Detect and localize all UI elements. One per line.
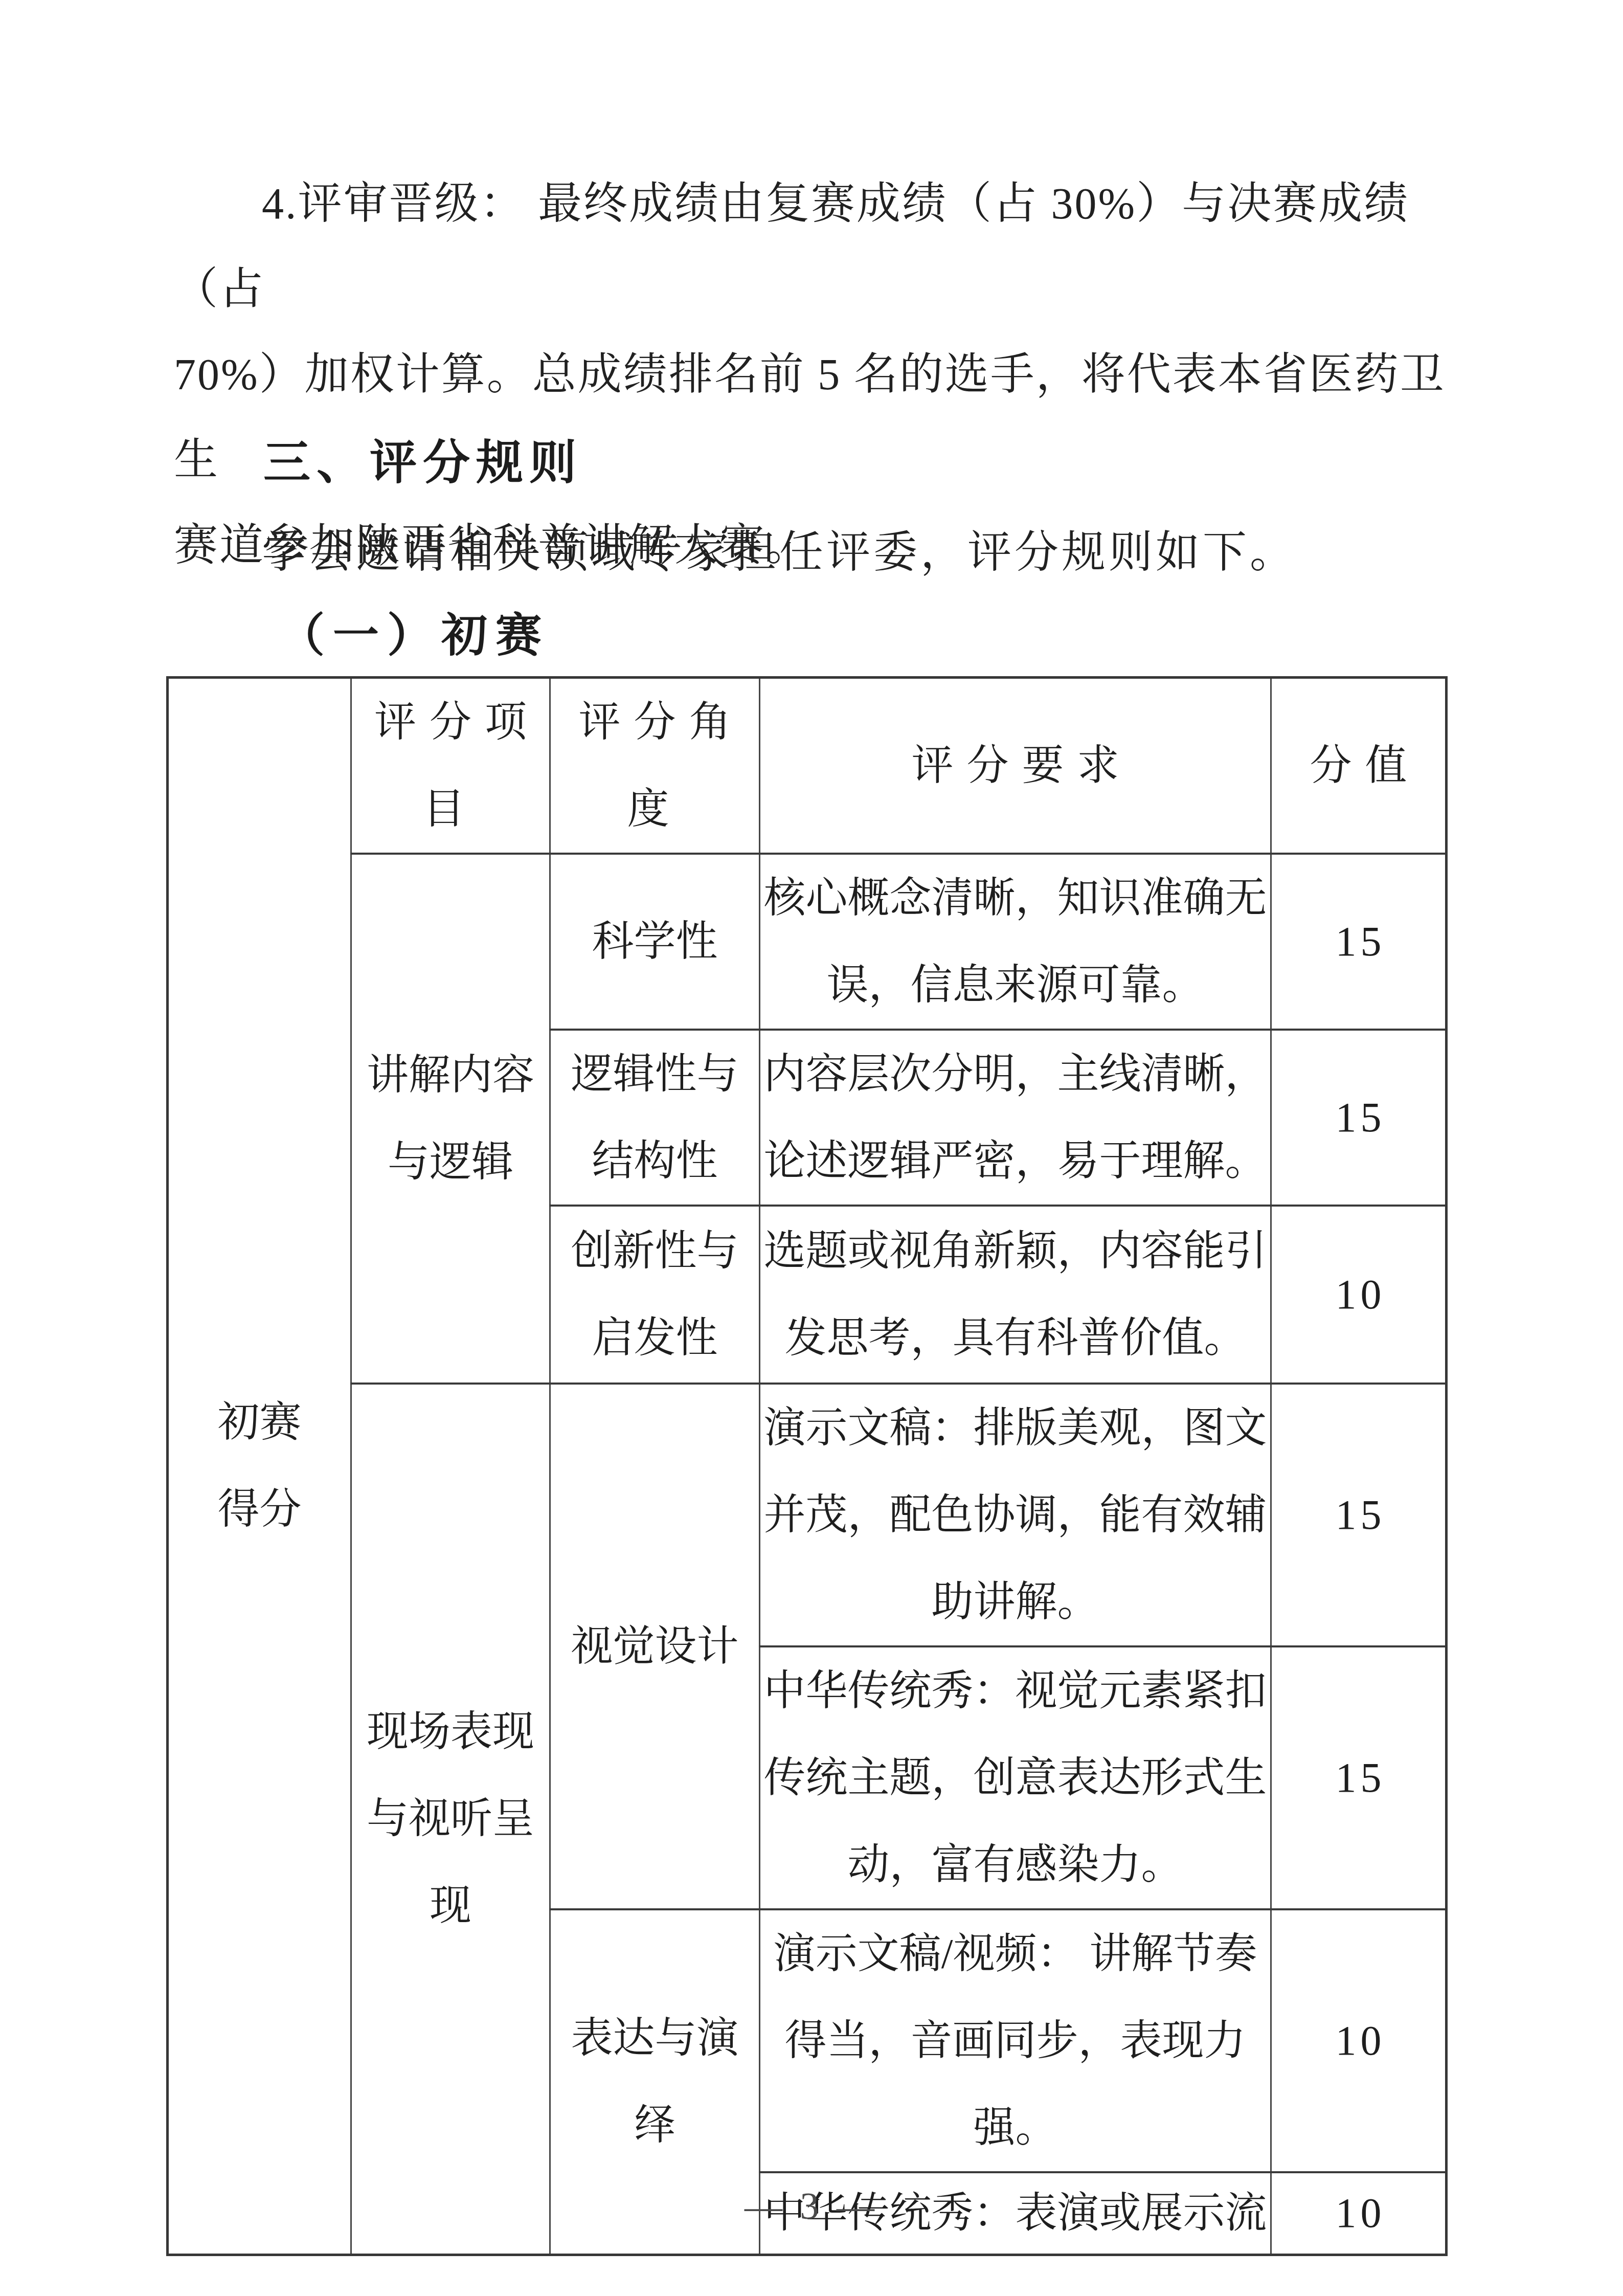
table-cell-requirement: 中华传统秀：视觉元素紧扣 传统主题，创意表达形式生 动，富有感染力。 (760, 1646, 1271, 1909)
table-cell-angle: 科学性 (550, 854, 760, 1030)
table-row: 现场表现 与视听呈 现 视觉设计 演示文稿：排版美观，图文 并茂，配色协调，能有… (168, 1384, 1447, 1646)
table-cell-angle: 视觉设计 (550, 1384, 760, 1909)
table-cell-score: 10 (1271, 1206, 1447, 1384)
subsection-heading: （一）初赛 (279, 609, 550, 664)
table-cell-angle: 创新性与 启发性 (550, 1206, 760, 1384)
table-cell-score: 15 (1271, 854, 1447, 1030)
table-cell-score: 15 (1271, 1646, 1447, 1909)
table-header-item: 评分项目 (351, 678, 550, 854)
table-cell-requirement: 选题或视角新颖，内容能引 发思考，具有科普价值。 (760, 1206, 1271, 1384)
table-cell-requirement: 演示文稿/视频： 讲解节奏 得当，音画同步，表现力强。 (760, 1909, 1271, 2172)
table-cell-item: 现场表现 与视听呈 现 (351, 1384, 550, 2255)
table-cell-score: 15 (1271, 1030, 1447, 1206)
page-number: — 3 — (0, 2185, 1623, 2228)
table-header-requirement: 评分要求 (760, 678, 1271, 854)
table-cell-group-label: 初赛 得分 (168, 678, 351, 2255)
table-cell-score: 10 (1271, 1909, 1447, 2172)
section-heading: 三、评分规则 (263, 435, 582, 491)
table-cell-requirement: 内容层次分明，主线清晰， 论述逻辑严密，易于理解。 (760, 1030, 1271, 1206)
table-cell-item: 讲解内容 与逻辑 (351, 854, 550, 1384)
table-header-angle: 评分角度 (550, 678, 760, 854)
table-header-score: 分值 (1271, 678, 1447, 854)
table-cell-angle: 逻辑性与 结构性 (550, 1030, 760, 1206)
document-page: 4.评审晋级： 最终成绩由复赛成绩（占 30%）与决赛成绩（占 70%）加权计算… (0, 0, 1623, 2296)
table-cell-requirement: 核心概念清晰，知识准确无 误，信息来源可靠。 (760, 854, 1271, 1030)
section-intro: 学会邀请相关领域专家担任评委，评分规则如下。 (174, 519, 1468, 586)
scoring-table: 初赛 得分 评分项目 评分角度 评分要求 分值 讲解内容 与逻辑 科学性 核心概… (166, 676, 1448, 2256)
table-cell-requirement: 演示文稿：排版美观，图文 并茂，配色协调，能有效辅 助讲解。 (760, 1384, 1271, 1646)
table-cell-score: 15 (1271, 1384, 1447, 1646)
table-header-row: 初赛 得分 评分项目 评分角度 评分要求 分值 (168, 678, 1447, 854)
table-row: 讲解内容 与逻辑 科学性 核心概念清晰，知识准确无 误，信息来源可靠。 15 (168, 854, 1447, 1030)
